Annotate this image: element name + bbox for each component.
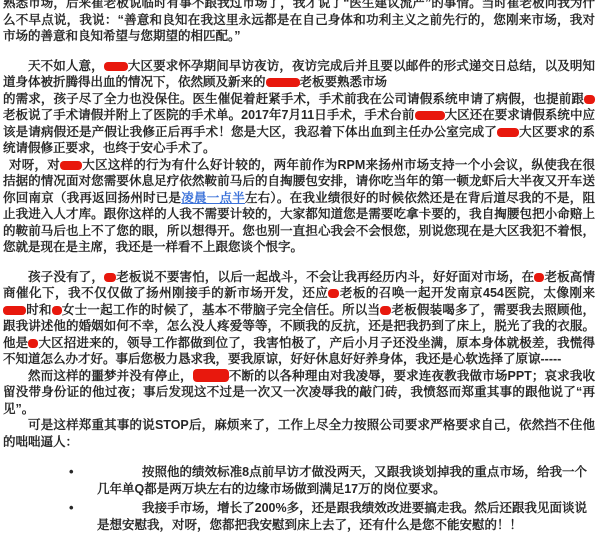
bullet-icon: •: [69, 464, 74, 481]
text-run: 对呀，对: [9, 158, 60, 172]
bullet-item: •按照他的绩效标准8点前早访才做没两天，又跟我谈划掉我的重点市场，给我一个几年单…: [97, 464, 587, 497]
text-run: 天不如人意，: [28, 59, 104, 73]
redaction-mark: [104, 273, 116, 282]
redaction-mark: [28, 339, 38, 348]
text-run: 然而这样的噩梦并没有停止，: [28, 369, 193, 383]
redaction-mark: [380, 306, 391, 315]
article-body: 熟悉市场，后来崔老板说临时有事不跟我过市场了，我才说了“医生建议流产”的事情。当…: [0, 0, 600, 533]
redaction-mark: [415, 111, 445, 120]
bullet-list: •按照他的绩效标准8点前早访才做没两天，又跟我谈划掉我的重点市场，给我一个几年单…: [3, 464, 595, 533]
redaction-mark: [584, 95, 595, 104]
redaction-mark: [3, 306, 26, 315]
bullet-icon: •: [69, 500, 74, 517]
paragraph: 熟悉市场，后来崔老板说临时有事不跟我过市场了，我才说了“医生建议流产”的事情。当…: [3, 0, 595, 45]
redaction-mark: [534, 273, 544, 282]
text-run: 老板说了手术请假并附上了医院的手术单。2017年7月11日手术，手术台前: [3, 108, 415, 122]
redaction-mark: [193, 369, 229, 382]
redaction-mark: [104, 62, 128, 71]
paragraph: 孩子没有了，老板说不要害怕，以后一起战斗，不会让我再经历内斗，好好面对市场，在老…: [3, 269, 595, 368]
text-run: 女士一起工作的时候了，基本不带脑子完全信任。所以当: [62, 303, 381, 317]
text-run: 的需求，孩子尽了全力也没保住。医生催促着赶紧手术，手术前我在公司请假系统申请了病…: [3, 92, 584, 106]
text-run: 时和: [26, 303, 52, 317]
redaction-mark: [497, 128, 519, 137]
text-run: 老板要熟悉市场: [300, 75, 388, 89]
paragraph: 可是这样郑重其事的说STOP后，麻烦来了，工作上尽全力按照公司要求严格要求自己，…: [3, 417, 595, 450]
bullet-item: •我接手市场，增长了200%多，还是跟我绩效改进要搞走我。然后还跟我见面谈说是想…: [97, 500, 587, 533]
paragraph: 然而这样的噩梦并没有停止，不断的以各种理由对我凌辱，要求连夜教我做市场PPT；哀…: [3, 368, 595, 418]
text-run: 孩子没有了，: [28, 270, 104, 284]
paragraph: 天不如人意，大区要求怀孕期间早访夜访，夜访完成后并且要以邮件的形式递交日总结，以…: [3, 58, 595, 157]
redaction-mark: [52, 306, 62, 315]
text-run: 熟悉市场，后来崔老板说临时有事不跟我过市场了，我才说了“医生建议流产”的事情。当…: [3, 0, 595, 43]
text-run: 老板说不要害怕，以后一起战斗，不会让我再经历内斗，好好面对市场，在: [116, 270, 534, 284]
paragraph: 对呀，对大区这样的行为有什么好计较的，两年前作为RPM来扬州市场支持一个小会议，…: [3, 157, 595, 256]
text-run: 大区招进来的，领导工作都做到位了，我害怕极了，产后小月子还没坐满，原本身体就极差…: [3, 336, 595, 367]
text-run: 可是这样郑重其事的说STOP后，麻烦来了，工作上尽全力按照公司要求严格要求自己，…: [3, 418, 595, 449]
redaction-mark: [328, 289, 339, 298]
time-link[interactable]: 凌晨一点半: [181, 191, 245, 205]
text-run: 按照他的绩效标准8点前早访才做没两天，又跟我谈划掉我的重点市场，给我一个几年单Q…: [97, 465, 587, 496]
redaction-mark: [266, 78, 300, 87]
text-run: 老板的召唤一起开发南京454医院，太像刚来: [339, 286, 595, 300]
text-run: 我接手市场，增长了200%多，还是跟我绩效改进要搞走我。然后还跟我见面谈说是想安…: [97, 501, 587, 532]
redaction-mark: [60, 161, 82, 170]
